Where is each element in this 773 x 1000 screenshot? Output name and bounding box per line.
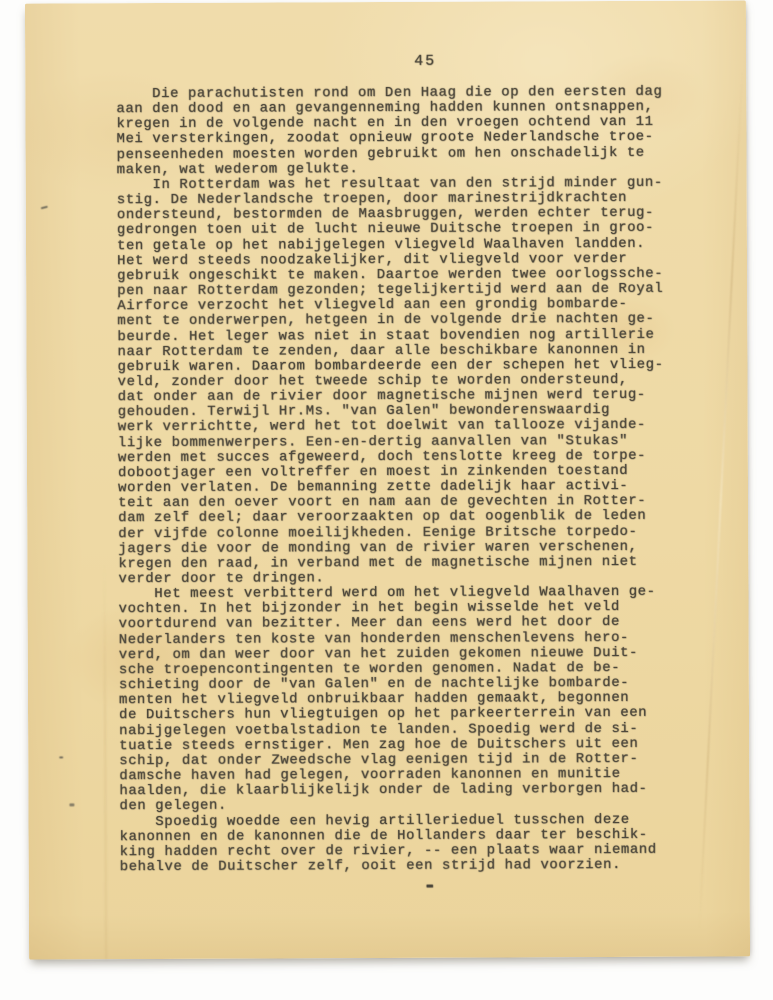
- paragraph-waalhaven: Het meest verbitterd werd om het vliegve…: [118, 585, 695, 815]
- paper-crease-left: [103, 563, 106, 959]
- ink-speck: [41, 206, 48, 210]
- scanned-page: 45 Die parachutisten rond om Den Haag di…: [25, 0, 750, 959]
- end-of-text-dash: -: [410, 874, 450, 899]
- paper-crease-right: [698, 70, 743, 929]
- page-number: 45: [105, 51, 745, 71]
- typewritten-text: Die parachutisten rond om Den Haag die o…: [116, 85, 695, 876]
- scan-background: { "page": { "number": "45", "paragraphs"…: [0, 0, 773, 1000]
- ink-speck: [59, 756, 63, 758]
- paragraph-rotterdam-battle: In Rotterdam was het resultaat van den s…: [117, 176, 695, 588]
- paragraph-parachutists: Die parachutisten rond om Den Haag die o…: [116, 85, 692, 178]
- paragraph-artillery-duel: Spoedig woedde een hevig artillerieduel …: [119, 812, 695, 875]
- ink-speck: [69, 803, 74, 806]
